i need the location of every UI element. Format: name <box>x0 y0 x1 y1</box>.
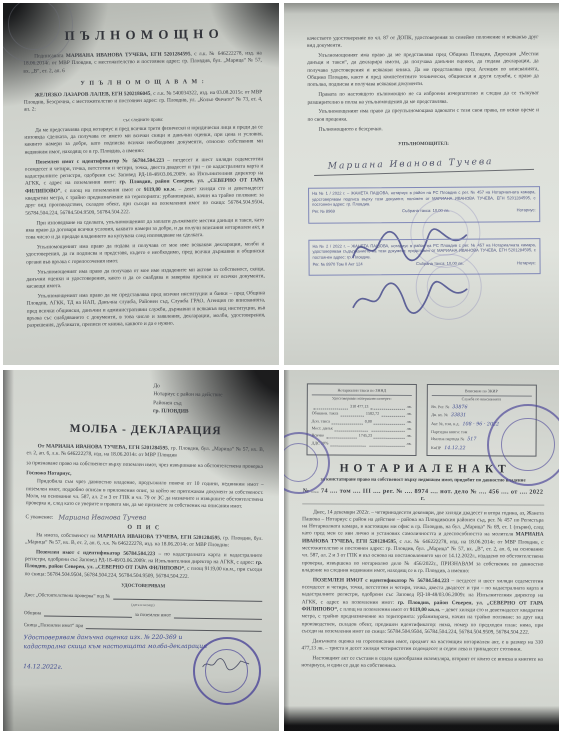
notary-certification-block-2: На № 2 / 2022 г. – ЖАНЕТА ПАШОВА, нотари… <box>308 238 540 276</box>
applicant-name: От МАРИАНА ИВАНОВА ТУЧЕВА, ЕГН 520128459… <box>38 442 168 450</box>
paragraph: Упълномощеният има право да получава от … <box>26 266 265 291</box>
fee-row: 310 477,13лв. <box>311 403 411 410</box>
fee-value: 1745,23 <box>358 432 371 438</box>
rights-heading: със следните права: <box>24 116 263 124</box>
dotted-leader <box>371 427 404 431</box>
round-notary-stamp <box>193 637 261 705</box>
scan-power-of-attorney-page2: качеството удостоверение по чл. 87 от ДО… <box>284 3 560 365</box>
blank-line <box>174 611 262 619</box>
form-row: Днес „Обстоятелствена проверка“ под № <box>24 591 262 602</box>
paragraph: При изповядване на сделката, упълномощен… <box>25 217 264 242</box>
act-number-line: № .... 74 .... том .... III .... рег. № … <box>302 486 544 504</box>
registry-label: КнПР <box>431 444 441 450</box>
fee-unit: лв. <box>406 433 411 439</box>
blank-line <box>44 609 132 617</box>
property-area: 9119,00 кв.м. <box>409 606 439 612</box>
register-number: Рег. № 8969 <box>312 209 335 215</box>
document-title: П Ъ Л Н О М О Щ Н О <box>23 25 262 44</box>
signer-label: УПЪЛНОМОЩИТЕЛ: <box>307 141 539 148</box>
dotted-leader <box>330 442 365 446</box>
power-of-attorney-page: П Ъ Л Н О М О Щ Н О Подписаната МАРИАНА … <box>3 3 279 365</box>
registry-label: Дв. вх. № <box>431 412 448 418</box>
form-label: за поземлен имот <box>135 613 171 619</box>
dotted-leader <box>373 420 404 424</box>
regards-label: С уважение: <box>25 513 53 519</box>
blank-line <box>86 622 261 632</box>
form-row: Община за поземлен имот <box>24 609 262 620</box>
fee-unit: лв. <box>406 418 411 424</box>
regards-row: С уважение: Мариана Иванова Тучева <box>25 511 263 523</box>
fee-row: ДДС 20%лв. <box>311 440 411 447</box>
dotted-leader <box>326 434 357 438</box>
fee-label: Мест. данък <box>311 425 332 431</box>
fees-box-subtitle: Удостоверяван материален интерес: <box>311 396 411 402</box>
fee-row: Обикнов. такса1582,72лв. <box>311 410 411 417</box>
property-text: , с площ на поземления имот от <box>60 187 144 194</box>
body-paragraph: Придобила съм чрез давностно владение, п… <box>26 478 264 511</box>
fee-value: 1582,72 <box>365 411 378 417</box>
handwritten-date: 14.12.2022г. <box>23 663 62 671</box>
handwritten-signature: Мариана Иванова Тучева <box>313 154 533 176</box>
dotted-leader <box>374 435 405 439</box>
scan-power-of-attorney-page1: П Ъ Л Н О М О Щ Н О Подписаната МАРИАНА … <box>3 3 279 365</box>
registry-label: Акт №, том, н.д. <box>431 420 459 426</box>
intro-word: Подписаната <box>34 53 63 59</box>
round-notary-stamp <box>415 253 481 319</box>
fees-box-title: Нотариални такси по ЗННД <box>311 386 411 395</box>
scan-notarial-act: Нотариални такси по ЗННД Удостоверяван м… <box>284 370 560 732</box>
registry-label: Вх. Рег. № <box>431 404 449 410</box>
principal-paragraph: Подписаната МАРИАНА ИВАНОВА ТУЧЕВА, ЕГН … <box>23 50 262 75</box>
notary-certification-block-1: На № 1 / 2022 г. – ЖАНЕТА ПАШОВА, нотари… <box>308 186 540 224</box>
attorney-paragraph: ЖЕЛЯЗКО ЛАЗАРОВ ЛАЛЕВ, ЕГН 5202186045, с… <box>24 89 263 114</box>
dotted-leader <box>313 405 347 409</box>
fee-row: Доп. такса0,00лв. <box>311 418 411 425</box>
paragraph: Да ме представлява пред нотариус и пред … <box>24 124 263 157</box>
act-text: Днес, 14 декември 2022г. – четиринадесет… <box>302 508 544 537</box>
form-row: Скица „Поземлен имот“ при <box>24 621 262 632</box>
fee-unit: лв. <box>406 403 411 409</box>
fee-value: 0,00 <box>364 418 371 424</box>
subject-line: за признаване право на собственост върху… <box>26 459 264 470</box>
addressee-block: До Нотариус с район на действие Районен … <box>153 382 265 417</box>
fee-row: Всичко1745,23лв. <box>311 432 411 439</box>
fee-unit: лв. <box>406 425 411 431</box>
inventory-item: Поземлен имот с идентификатор 56784.504.… <box>25 548 263 581</box>
blank-line <box>113 593 262 602</box>
authorize-heading: У П Ъ Л Н О М О Щ А В А М : <box>24 78 263 87</box>
property-identifier: Поземлен имот с идентификатор 56784.504.… <box>36 549 155 557</box>
property-identifier: ПОЗЕМЛЕН ИМОТ с идентификатор № 56784.50… <box>312 577 448 584</box>
dotted-leader <box>381 413 405 417</box>
dotted-leader <box>340 413 364 417</box>
fee-unit: лв. <box>406 411 411 417</box>
closing-paragraph: Настоящият акт се състави в седем еднооб… <box>301 655 543 671</box>
inventory-intro: На имота, собственост на МАРИАНА ИВАНОВА… <box>25 531 263 549</box>
dotted-leader <box>369 442 404 446</box>
handwritten-value: 14.12.22 <box>444 444 465 451</box>
paragraph: качеството удостоверение по чл. 87 от ДО… <box>306 34 538 50</box>
certify-heading: УДОСТОВЕРЯВАМ <box>24 582 262 591</box>
paragraph: Упълномощеният има право да ме представл… <box>307 51 539 89</box>
property-description-paragraph: Поземлен имот с идентификатор № 56784.50… <box>25 156 264 218</box>
scan-application-declaration: До Нотариус с район на действие Районен … <box>3 370 279 732</box>
form-label: Скица „Поземлен имот“ при <box>24 623 83 629</box>
property-description-paragraph: ПОЗЕМЛЕН ИМОТ с идентификатор № 56784.50… <box>301 577 543 637</box>
paragraph: Пълномощното е безсрочно. <box>307 125 539 134</box>
addressee-line: гр. ПЛОВДИВ <box>153 407 265 417</box>
round-notary-stamp <box>487 404 559 486</box>
registry-box-title: Вписване по ЗКИР <box>431 387 531 396</box>
paragraph: Упълномощеният има право да подава и пол… <box>26 241 265 266</box>
act-text: , с площ на поземления имот от <box>336 606 409 612</box>
paragraph: Упълномощеният има право да ме представл… <box>27 290 266 330</box>
inventory-heading: О П И С <box>25 522 263 532</box>
dotted-leader <box>370 405 404 409</box>
form-label: Община <box>24 611 41 616</box>
notary-label: Нотариус: <box>516 208 535 214</box>
act-opening-paragraph: Днес, 14 декември 2022г. – четиринадесет… <box>301 508 543 575</box>
notary-label: Нотариус: <box>517 260 536 266</box>
fee-row: Мест. данъклв. <box>311 425 411 432</box>
certification-text: На № 2 / 2022 г. – ЖАНЕТА ПАШОВА, нотари… <box>312 242 536 260</box>
form-label: Днес „Обстоятелствена проверка“ под № <box>24 593 110 599</box>
owner-name: МАРИАНА ИВАНОВА ТУЧЕВА, ЕГН 5201284595 <box>97 532 220 540</box>
property-area: 9119,00 кв.м. <box>144 186 176 192</box>
fee-label: Доп. такса <box>311 418 329 424</box>
power-of-attorney-page2: качеството удостоверение по чл. 87 от ДО… <box>284 3 560 365</box>
fee-label: Обикнов. такса <box>311 410 338 416</box>
fee-value: 310 477,13 <box>350 403 368 409</box>
document-title: МОЛБА - ДЕКЛАРАЦИЯ <box>27 421 265 437</box>
registry-label: Имотна партида № <box>431 436 464 442</box>
inventory-text: На имота, собственост на <box>36 531 97 538</box>
dotted-leader <box>334 427 367 431</box>
handwritten-value: 33876 <box>452 404 467 411</box>
scanned-documents-collage: П Ъ Л Н О М О Щ Н О Подписаната МАРИАНА … <box>0 0 562 734</box>
handwritten-signature: Мариана Иванова Тучева <box>58 512 146 520</box>
handwritten-value: 33831 <box>450 412 465 419</box>
paragraph: Правата по настоящото пълномощно не са и… <box>307 90 539 106</box>
fee-unit: лв. <box>406 440 411 446</box>
applicant-paragraph: От МАРИАНА ИВАНОВА ТУЧЕВА, ЕГН 520128459… <box>26 442 264 460</box>
tax-valuation-paragraph: Данъчната оценка на гореописания имот, п… <box>301 638 543 654</box>
dotted-leader <box>331 420 362 424</box>
registry-box-subtitle: Служба по вписванията <box>431 396 531 402</box>
paragraph: Упълномощеният има право да преупълномощ… <box>307 108 539 124</box>
handwritten-value: 517 <box>467 436 476 443</box>
registry-label: Партидна книга: том <box>431 429 467 435</box>
